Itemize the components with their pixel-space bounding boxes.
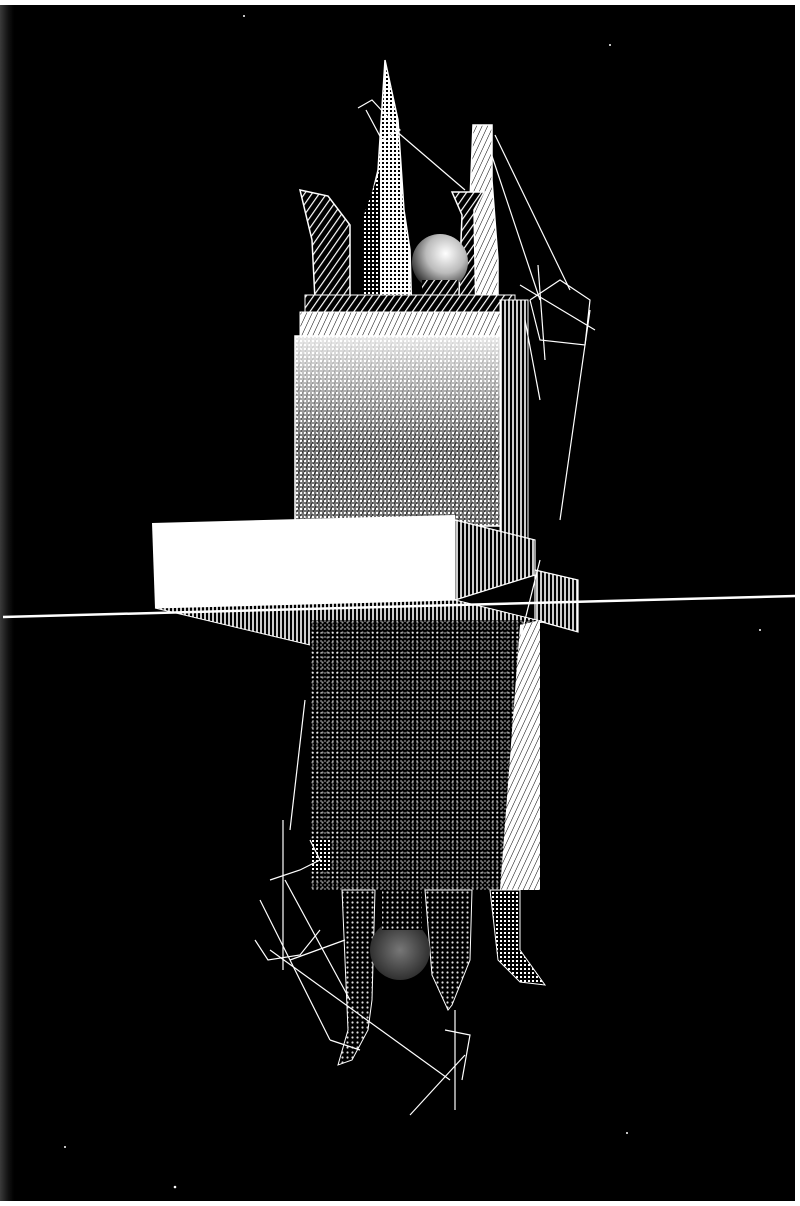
artwork-drawing xyxy=(0,0,800,1206)
upper-tower xyxy=(295,60,528,540)
lower-tower xyxy=(310,620,545,1065)
